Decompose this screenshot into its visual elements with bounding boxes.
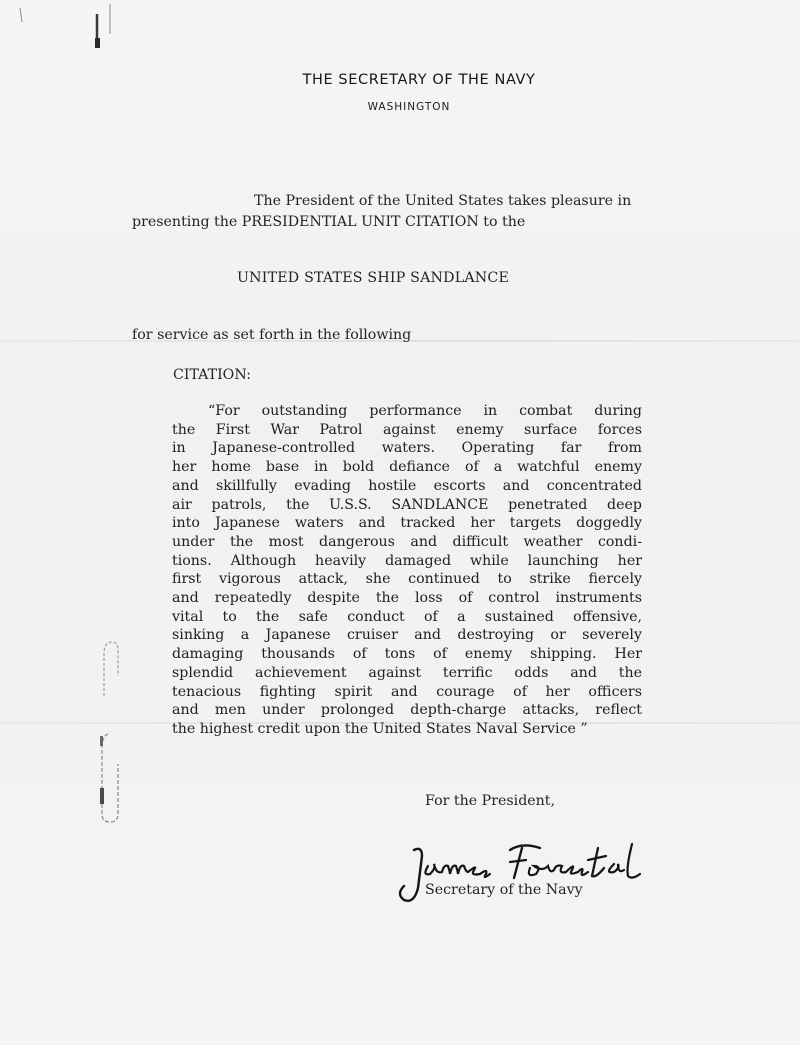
letterhead-location: WASHINGTON <box>0 101 800 113</box>
service-line: for service as set forth in the followin… <box>132 327 411 343</box>
citation-line: into Japanese waters and tracked her tar… <box>172 514 642 533</box>
citation-line: the First War Patrol against enemy surfa… <box>172 421 642 440</box>
letterhead-title: THE SECRETARY OF THE NAVY <box>0 72 800 88</box>
intro-line-2: presenting the PRESIDENTIAL UNIT CITATIO… <box>132 214 525 230</box>
citation-line: sinking a Japanese cruiser and destroyin… <box>172 626 642 645</box>
staple-mark-icon <box>88 4 118 54</box>
citation-line: and men under prolonged depth-charge att… <box>172 701 642 720</box>
citation-line: and repeatedly despite the loss of contr… <box>172 589 642 608</box>
paperclip-mark-icon <box>96 728 132 828</box>
recipient-ship-name: UNITED STATES SHIP SANDLANCE <box>237 270 509 286</box>
citation-body: “For outstanding performance in combat d… <box>172 402 642 739</box>
ink-speck-icon <box>16 6 26 26</box>
citation-line: damaging thousands of tons of enemy ship… <box>172 645 642 664</box>
intro-line-1: The President of the United States takes… <box>254 193 631 209</box>
citation-line: splendid achievement against terrific od… <box>172 664 642 683</box>
citation-line: her home base in bold defiance of a watc… <box>172 458 642 477</box>
citation-line: under the most dangerous and difficult w… <box>172 533 642 552</box>
citation-line: air patrols, the U.S.S. SANDLANCE penetr… <box>172 496 642 515</box>
closing-line: For the President, <box>425 793 555 809</box>
citation-line: tions. Although heavily damaged while la… <box>172 552 642 571</box>
citation-heading: CITATION: <box>173 367 251 383</box>
citation-line: and skillfully evading hostile escorts a… <box>172 477 642 496</box>
document-page: THE SECRETARY OF THE NAVY WASHINGTON The… <box>0 0 800 1045</box>
citation-line: vital to the safe conduct of a sustained… <box>172 608 642 627</box>
citation-line: in Japanese-controlled waters. Operating… <box>172 439 642 458</box>
signatory-title: Secretary of the Navy <box>425 882 583 898</box>
citation-line: “For outstanding performance in combat d… <box>172 402 642 421</box>
paperclip-mark-icon <box>96 636 126 706</box>
citation-line: the highest credit upon the United State… <box>172 720 642 739</box>
citation-line: tenacious fighting spirit and courage of… <box>172 683 642 702</box>
citation-line: first vigorous attack, she continued to … <box>172 570 642 589</box>
